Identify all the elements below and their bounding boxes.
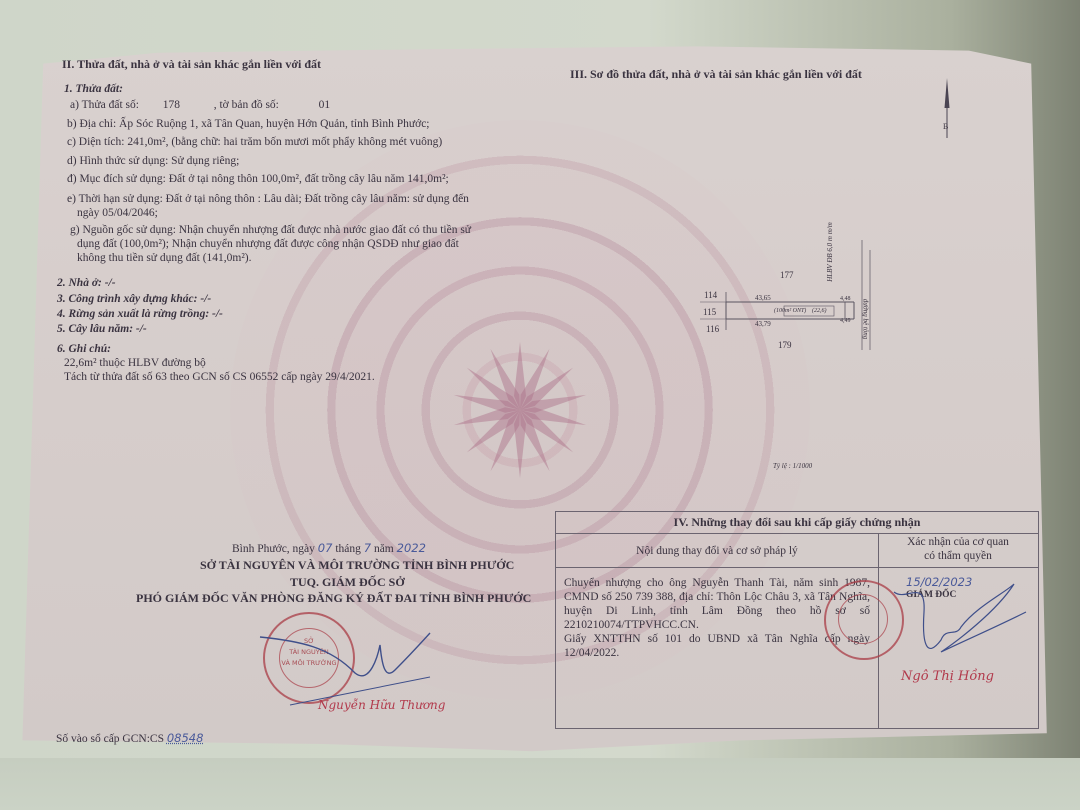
other-construction-line: 3. Công trình xây dựng khác: -/-	[57, 292, 211, 306]
neighbor-177: 177	[780, 270, 794, 280]
signer-name: Nguyễn Hữu Thương	[318, 698, 445, 712]
registry-line: Số vào sổ cấp GCN:CS 08548	[56, 731, 203, 746]
right-top: 4,48	[840, 296, 851, 302]
purpose-line: đ) Mục đích sử dụng: Đất ở tại nông thôn…	[67, 172, 449, 186]
desk-surface	[0, 758, 1080, 810]
term-line-2: ngày 05/04/2046;	[77, 206, 158, 220]
north-label: B	[943, 122, 948, 131]
origin-line-2: dụng đất (100,0m²); Nhận chuyển nhượng đ…	[77, 237, 459, 251]
top-length: 43,65	[755, 294, 771, 302]
confirm-signer: Ngô Thị Hồng	[901, 669, 994, 684]
right-bottom: 4,49	[840, 318, 851, 324]
scale-label: Tỷ lệ : 1/1000	[773, 462, 812, 470]
department-name: SỞ TÀI NGUYÊN VÀ MÔI TRƯỜNG TỈNH BÌNH PH…	[200, 558, 514, 572]
sign-day: 07	[318, 541, 333, 555]
star-watermark-icon	[450, 340, 590, 480]
col1-header: Nội dung thay đổi và cơ sở pháp lý	[556, 544, 878, 558]
neighbor-116: 116	[706, 324, 719, 334]
neighbor-114: 114	[704, 290, 717, 300]
address-line: b) Địa chỉ: Ấp Sóc Ruộng 1, xã Tân Quan,…	[67, 117, 430, 131]
tuq-title: TUQ. GIÁM ĐỐC SỞ	[290, 575, 405, 589]
signature-2-icon	[886, 582, 1026, 672]
sign-month: 7	[364, 541, 371, 555]
section-4-title: IV. Những thay đổi sau khi cấp giấy chứn…	[556, 512, 1038, 534]
signature-1-icon	[260, 625, 430, 705]
bottom-length: 43,79	[755, 320, 771, 328]
registry-number: 08548	[167, 731, 204, 745]
land-heading: 1. Thửa đất:	[64, 82, 123, 96]
usage-form-line: d) Hình thức sử dụng: Sử dụng riêng;	[67, 154, 239, 168]
neighbor-115: 115	[703, 307, 716, 317]
registry-label: Số vào sổ cấp GCN:CS	[56, 733, 164, 745]
inner-label: (100m² ONT)	[774, 308, 806, 314]
term-line-1: e) Thời hạn sử dụng: Đất ở tại nông thôn…	[67, 192, 469, 206]
changes-table: IV. Những thay đổi sau khi cấp giấy chứn…	[555, 511, 1039, 729]
deputy-title: PHÓ GIÁM ĐỐC VĂN PHÒNG ĐĂNG KÝ ĐẤT ĐAI T…	[136, 591, 531, 605]
forest-line: 4. Rừng sản xuất là rừng trồng: -/-	[57, 307, 223, 321]
note-2: Tách từ thửa đất số 63 theo GCN số CS 06…	[64, 370, 375, 384]
note-1: 22,6m² thuộc HLBV đường bộ	[64, 356, 206, 370]
place-date-prefix: Bình Phước, ngày	[232, 543, 315, 555]
parcel-number: 178	[163, 99, 180, 111]
map-sheet-number: 01	[319, 99, 331, 111]
area-line: c) Diện tích: 241,0m², (bằng chữ: hai tr…	[67, 135, 442, 149]
parcel-line: a) Thửa đất số: 178 , tờ bản đồ số: 01	[70, 98, 330, 112]
house-line: 2. Nhà ở: -/-	[57, 276, 116, 290]
col2-header-line1: Xác nhận của cơ quan	[879, 535, 1037, 549]
map-sheet-label: , tờ bản đồ số:	[214, 99, 279, 111]
perennial-line: 5. Cây lâu năm: -/-	[57, 322, 147, 336]
section-3-title: III. Sơ đồ thửa đất, nhà ở và tài sản kh…	[570, 67, 862, 82]
section-2-title: II. Thửa đất, nhà ở và tài sản khác gắn …	[62, 57, 321, 72]
place-date: Bình Phước, ngày 07 tháng 7 năm 2022	[232, 541, 426, 556]
inner-label-2: (22,6)	[812, 308, 827, 314]
month-label: tháng	[335, 543, 361, 555]
sign-year: 2022	[397, 541, 426, 555]
parcel-label: a) Thửa đất số:	[70, 99, 139, 111]
origin-line-3: không thu tiền sử dụng đất (141,0m²).	[77, 251, 252, 265]
origin-line-1: g) Nguồn gốc sử dụng: Nhận chuyển nhượng…	[70, 223, 471, 237]
col2-header-line2: có thẩm quyền	[879, 549, 1037, 563]
notes-heading: 6. Ghi chú:	[57, 342, 111, 356]
road-name: đường bê tông	[861, 299, 869, 340]
year-label: năm	[374, 543, 394, 555]
road-label: HLBV ĐB 6,0 m m/m	[826, 222, 834, 282]
neighbor-179: 179	[778, 340, 792, 350]
